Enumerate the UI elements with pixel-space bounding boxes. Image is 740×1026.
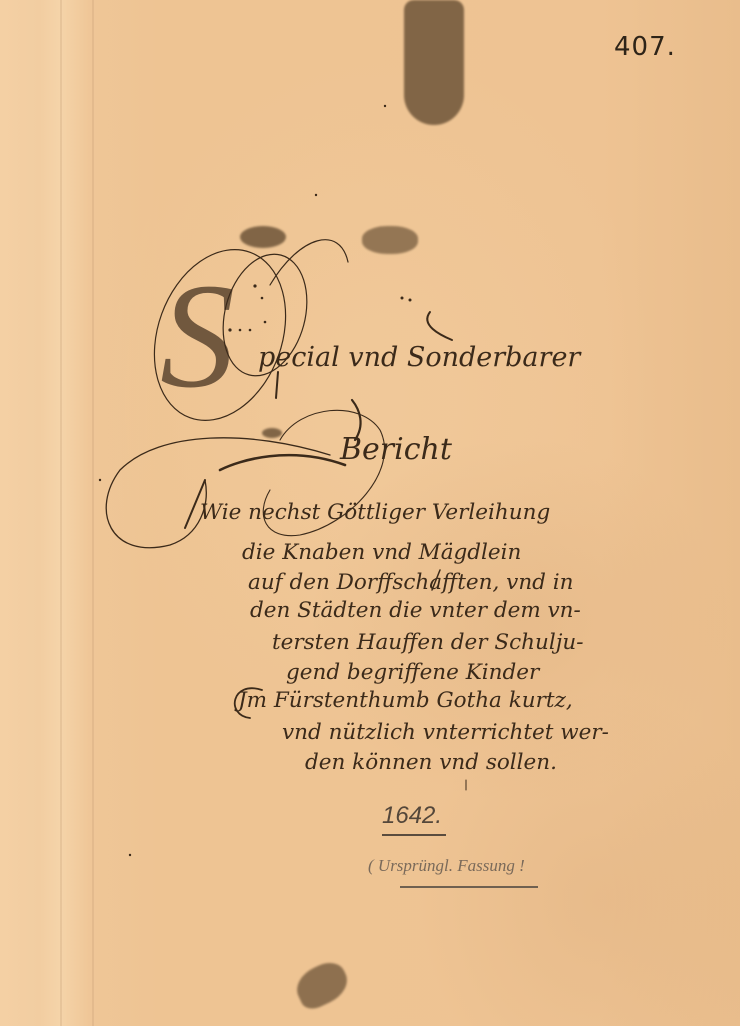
ink-blot — [240, 226, 286, 248]
paper-fold-line — [92, 0, 94, 1026]
body-line: auf den Dorffschafften, vnd in — [248, 570, 573, 595]
folio-number: 407. — [614, 32, 676, 62]
note-underline — [400, 886, 538, 888]
paper-fold-line — [60, 0, 62, 1026]
ink-blot — [262, 428, 282, 438]
body-line: Jm Fürstenthumb Gotha kurtz, — [238, 688, 573, 713]
body-line: den Städten die vnter dem vn- — [250, 598, 581, 623]
body-line: die Knaben vnd Mägdlein — [242, 540, 521, 565]
ink-blot-top — [404, 0, 464, 125]
body-line: den können vnd sollen. — [305, 750, 557, 775]
body-line: Wie nechst Göttliger Verleihung — [200, 500, 550, 525]
title-line-2: Bericht — [340, 432, 452, 467]
body-line: gend begriffene Kinder — [286, 660, 539, 685]
title-initial-s: S — [160, 250, 235, 422]
archival-pencil-note: ( Ursprüngl. Fassung ! — [368, 856, 525, 876]
title-line-1: pecial vnd Sonderbarer — [258, 342, 580, 373]
body-line: vnd nützlich vnterrichtet wer- — [282, 720, 609, 745]
manuscript-page: 407. — [0, 0, 740, 1026]
ink-blot-bottom — [290, 957, 353, 1013]
ink-blot — [362, 226, 418, 254]
body-line: tersten Hauffen der Schulju- — [272, 630, 584, 655]
year-annotation: 1642. — [382, 802, 446, 836]
